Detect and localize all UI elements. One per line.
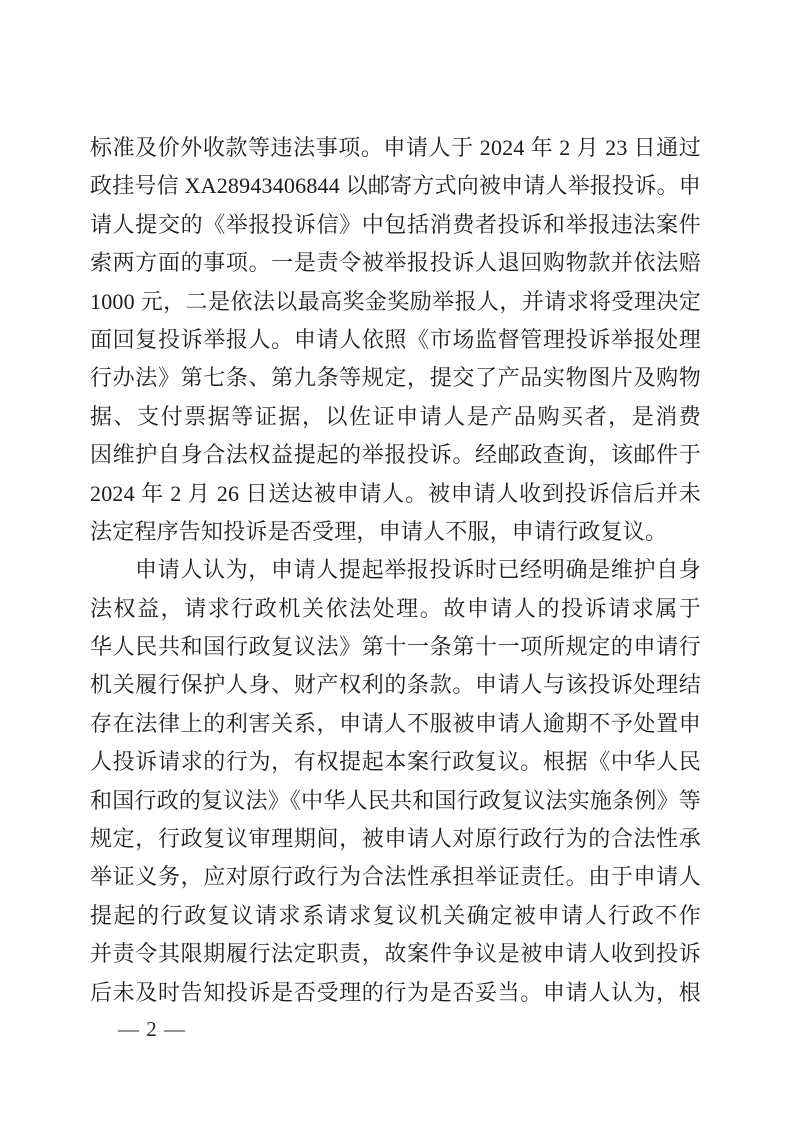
document-page: 标准及价外收款等违法事项。申请人于 2024 年 2 月 23 日通过邮政挂号信… [0,0,793,1122]
text-line: 机关履行保护人身、财产权利的条款。申请人与该投诉处理结果 [90,666,701,704]
page-number: — 2 — [118,1017,186,1041]
text-line: 请人提交的《举报投诉信》中包括消费者投诉和举报违法案件线 [90,206,701,244]
text-line: 1000 元，二是依法以最高奖金奖励举报人，并请求将受理决定书 [90,283,701,321]
page-footer: — 2 — [118,1014,186,1044]
text-line: 举证义务，应对原行政行为合法性承担举证责任。由于申请人所 [90,858,701,896]
text-line: 面回复投诉举报人。申请人依照《市场监督管理投诉举报处理暂 [90,321,701,359]
text-line: 2024 年 2 月 26 日送达被申请人。被申请人收到投诉信后并未依 [90,475,701,513]
text-line: 申请人认为，申请人提起举报投诉时已经明确是维护自身合 [90,551,701,589]
text-line: 存在法律上的利害关系，申请人不服被申请人逾期不予处置申请 [90,705,701,743]
text-line: 法定程序告知投诉是否受理，申请人不服，申请行政复议。 [90,513,701,551]
text-line: 标准及价外收款等违法事项。申请人于 2024 年 2 月 23 日通过邮 [90,129,701,167]
text-line: 政挂号信 XA28943406844 以邮寄方式向被申请人举报投诉。申 [90,167,701,205]
text-line: 规定，行政复议审理期间，被申请人对原行政行为的合法性承担 [90,820,701,858]
text-line: 行办法》第七条、第九条等规定，提交了产品实物图片及购物票 [90,359,701,397]
text-line: 据、支付票据等证据，以佐证申请人是产品购买者，是消费者， [90,398,701,436]
text-line: 并责令其限期履行法定职责，故案件争议是被申请人收到投诉信 [90,935,701,973]
text-line: 人投诉请求的行为，有权提起本案行政复议。根据《中华人民共 [90,743,701,781]
text-line: 后未及时告知投诉是否受理的行为是否妥当。申请人认为，根据 [90,974,701,1012]
text-line: 法权益，请求行政机关依法处理。故申请人的投诉请求属于《中 [90,590,701,628]
text-line: 因维护自身合法权益提起的举报投诉。经邮政查询，该邮件于 [90,436,701,474]
text-line: 华人民共和国行政复议法》第十一条第十一项所规定的申请行政 [90,628,701,666]
text-line: 索两方面的事项。一是责令被举报投诉人退回购物款并依法赔偿 [90,244,701,282]
text-line: 提起的行政复议请求系请求复议机关确定被申请人行政不作为， [90,897,701,935]
document-body: 标准及价外收款等违法事项。申请人于 2024 年 2 月 23 日通过邮政挂号信… [90,129,701,1012]
text-line: 和国行政的复议法》《中华人民共和国行政复议法实施条例》等 [90,782,701,820]
